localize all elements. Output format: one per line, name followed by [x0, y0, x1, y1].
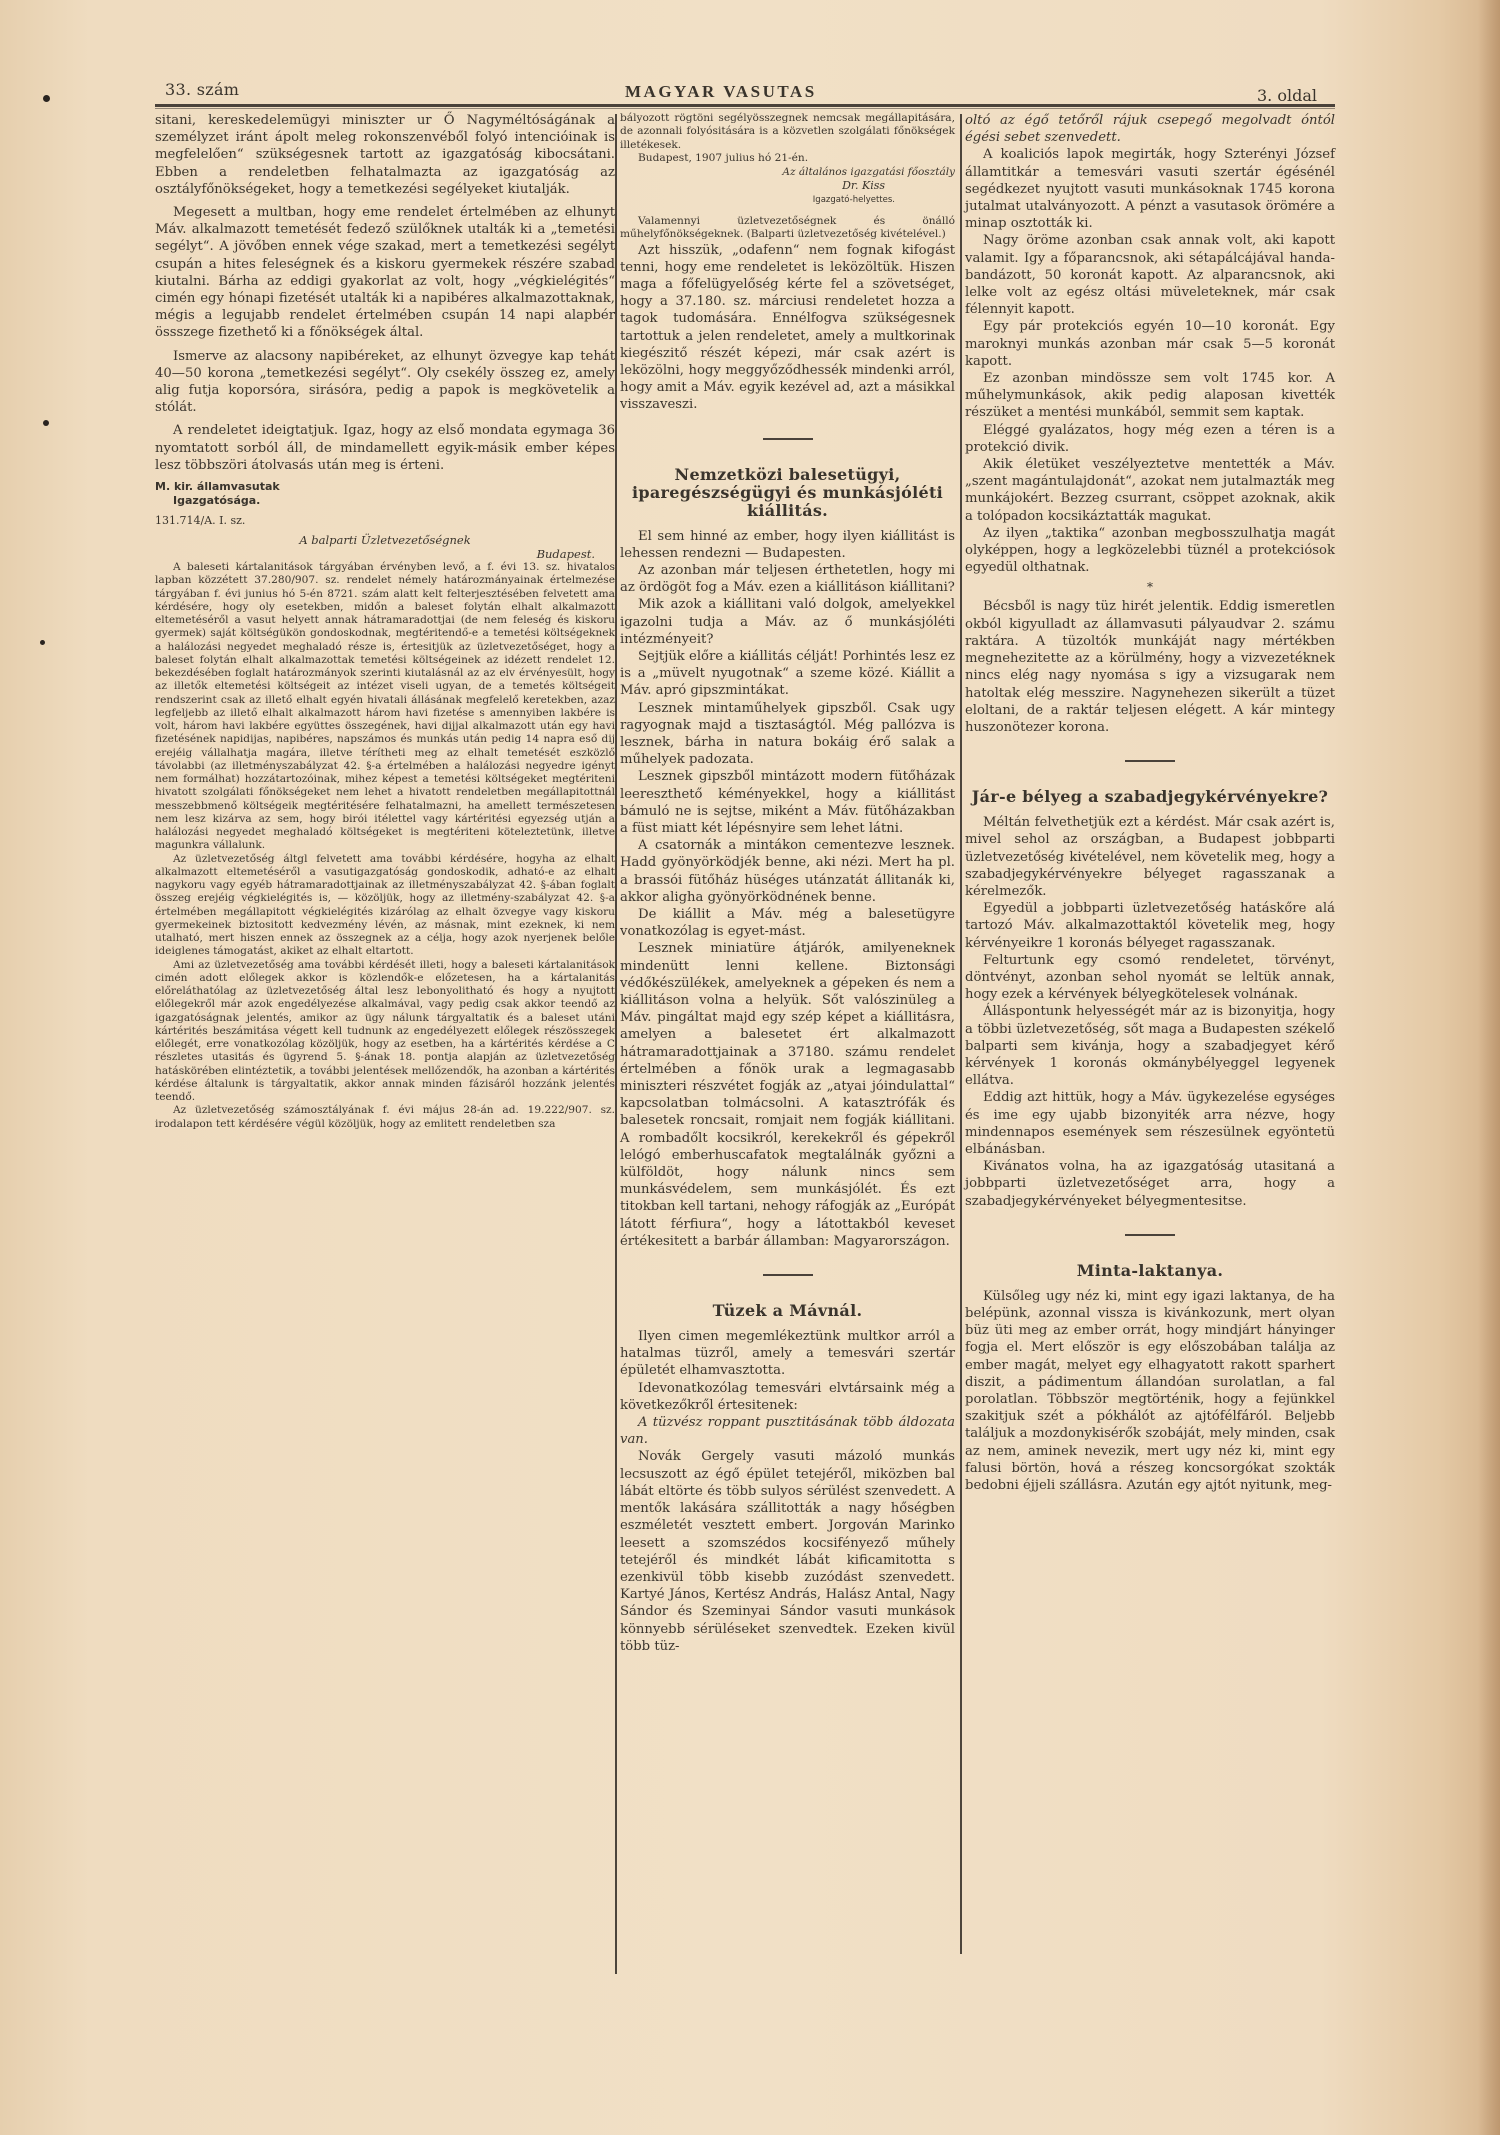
paragraph: Ami az üzletvezetőség ama további kérdés…: [155, 959, 615, 1105]
paragraph: Sejtjük előre a kiállitás célját! Porhin…: [620, 648, 955, 700]
paragraph: Megesett a multban, hogy eme rendelet ér…: [155, 204, 615, 342]
distribution-note-block: Valamennyi üzletvezetőségnek és önálló m…: [620, 215, 955, 242]
right-column: oltó az égő tetőről rájuk csepegő megolv…: [965, 112, 1335, 1494]
paragraph: Lesznek mintaműhelyek gipszből. Csak ugy…: [620, 700, 955, 769]
signature-block: Az általános igazgatási főosztály Dr. Ki…: [620, 165, 955, 207]
column-divider: [960, 114, 962, 1954]
paragraph: Az ilyen „taktika“ azonban megbosszulhat…: [965, 525, 1335, 577]
paragraph: A csatornák a mintákon cementezve leszne…: [620, 837, 955, 906]
decree-continuation: bályozott rögtöni segélyösszegnek nemcsa…: [620, 112, 955, 165]
paragraph: A koaliciós lapok megirták, hogy Szterén…: [965, 146, 1335, 232]
paragraph: Az üzletvezetőség áltgl felvetett ama to…: [155, 853, 615, 959]
paragraph: oltó az égő tetőről rájuk csepegő megolv…: [965, 112, 1335, 146]
paragraph: Ismerve az alacsony napibéreket, az elhu…: [155, 348, 615, 417]
article-body: Külsőleg ugy néz ki, mint egy igazi lakt…: [965, 1288, 1335, 1494]
paragraph: Méltán felvethetjük ezt a kérdést. Már c…: [965, 814, 1335, 900]
paragraph: Kivánatos volna, ha az igazgatóság utasi…: [965, 1158, 1335, 1210]
page-fold-shadow: [1478, 0, 1500, 2135]
paragraph: De kiállit a Máv. még a balesetügyre von…: [620, 906, 955, 940]
paragraph: Az azonban már teljesen érthetetlen, hog…: [620, 562, 955, 596]
paragraph: sitani, kereskedelemügyi miniszter ur Ő …: [155, 112, 615, 198]
paragraph: Külsőleg ugy néz ki, mint egy igazi lakt…: [965, 1288, 1335, 1494]
date-line: Budapest, 1907 julius hó 21-én.: [620, 152, 955, 165]
paragraph: Egyedül a jobbparti üzletvezetőség hatás…: [965, 900, 1335, 952]
paragraph: Lesznek miniatüre átjárók, amilyeneknek …: [620, 940, 955, 1250]
paragraph: Álláspontunk helyességét már az is bizon…: [965, 1003, 1335, 1089]
article-body: Méltán felvethetjük ezt a kérdést. Már c…: [965, 814, 1335, 1210]
section-divider: [1125, 760, 1175, 762]
paragraph: Eléggé gyalázatos, hogy még ezen a téren…: [965, 422, 1335, 456]
column-divider: [615, 114, 617, 1974]
paragraph: Idevonatkozólag temesvári elvtársaink mé…: [620, 1380, 955, 1414]
paragraph: bályozott rögtöni segélyösszegnek nemcsa…: [620, 112, 955, 152]
paragraph: Ilyen cimen megemlékeztünk multkor arról…: [620, 1328, 955, 1380]
separator-star: *: [965, 580, 1335, 594]
paragraph: Azt hisszük, „odafenn“ nem fognak kifogá…: [620, 242, 955, 414]
section-divider: [763, 438, 813, 440]
article-title: Nemzetközi balesetügyi, iparegészségügyi…: [620, 466, 955, 520]
issuing-authority: M. kir. államvasutak Igazgatósága.: [155, 480, 615, 508]
editorial-comment: Azt hisszük, „odafenn“ nem fognak kifogá…: [620, 242, 955, 414]
news-item: Bécsből is nagy tüz hirét jelentik. Eddi…: [965, 598, 1335, 736]
article-title: Tüzek a Mávnál.: [620, 1302, 955, 1320]
signature-role: Igazgató-helyettes.: [620, 193, 955, 207]
authority-line-1: M. kir. államvasutak: [155, 480, 280, 493]
paragraph: Felturtunk egy csomó rendeletet, törvény…: [965, 952, 1335, 1004]
paragraph: Novák Gergely vasuti mázoló munkás lecsu…: [620, 1448, 955, 1654]
ink-spot: [40, 640, 45, 645]
paragraph: A rendeletet ideigtatjuk. Igaz, hogy az …: [155, 422, 615, 474]
newspaper-page: 33. szám MAGYAR VASUTAS 3. oldal sitani,…: [155, 80, 1335, 106]
paragraph: Eddig azt hittük, hogy a Máv. ügykezelés…: [965, 1089, 1335, 1158]
issue-number: 33. szám: [165, 80, 239, 99]
masthead: 33. szám MAGYAR VASUTAS 3. oldal: [155, 80, 1335, 106]
article-title: Minta-laktanya.: [965, 1262, 1335, 1280]
signature-name: Dr. Kiss: [620, 179, 955, 193]
decree-text: A baleseti kártalanitások tárgyában érvé…: [155, 561, 615, 1131]
publication-title: MAGYAR VASUTAS: [625, 82, 817, 102]
paragraph: Akik életüket veszélyeztetve mentették a…: [965, 456, 1335, 525]
page-number: 3. oldal: [1257, 86, 1317, 105]
article-body: El sem hinné az ember, hogy ilyen kiálli…: [620, 528, 955, 1251]
ink-spot: [43, 420, 49, 426]
addressee-city: Budapest.: [155, 547, 615, 561]
section-divider: [1125, 1234, 1175, 1236]
distribution-note: Valamennyi üzletvezetőségnek és önálló m…: [620, 215, 955, 242]
paragraph: Nagy öröme azonban csak annak volt, aki …: [965, 232, 1335, 318]
paragraph: Lesznek gipszből mintázott modern fütőhá…: [620, 768, 955, 837]
middle-column: bályozott rögtöni segélyösszegnek nemcsa…: [620, 112, 955, 1655]
article-title: Jár-e bélyeg a szabadjegykérvényekre?: [965, 788, 1335, 806]
ink-spot: [43, 95, 50, 102]
columns: sitani, kereskedelemügyi miniszter ur Ő …: [155, 112, 1335, 2012]
article-continuation: oltó az égő tetőről rájuk csepegő megolv…: [965, 112, 1335, 576]
section-divider: [763, 1274, 813, 1276]
authority-line-2: Igazgatósága.: [155, 494, 615, 508]
paragraph: El sem hinné az ember, hogy ilyen kiálli…: [620, 528, 955, 562]
paragraph: Az üzletvezetőség számosztályának f. évi…: [155, 1104, 615, 1131]
article-continuation: sitani, kereskedelemügyi miniszter ur Ő …: [155, 112, 615, 474]
header-rule-thin: [155, 108, 1335, 109]
header-rule: [155, 104, 1335, 107]
paragraph: A baleseti kártalanitások tárgyában érvé…: [155, 561, 615, 853]
signature-office: Az általános igazgatási főosztály: [782, 166, 955, 178]
paragraph: Egy pár protekciós egyén 10—10 koronát. …: [965, 318, 1335, 370]
paragraph: A tüzvész roppant pusztitásának több áld…: [620, 1414, 955, 1448]
addressee: A balparti Üzletvezetőségnek: [155, 533, 615, 547]
article-body: Ilyen cimen megemlékeztünk multkor arról…: [620, 1328, 955, 1655]
left-column: sitani, kereskedelemügyi miniszter ur Ő …: [155, 112, 615, 1131]
paragraph: Bécsből is nagy tüz hirét jelentik. Eddi…: [965, 598, 1335, 736]
paragraph: Ez azonban mindössze sem volt 1745 kor. …: [965, 370, 1335, 422]
reference-number: 131.714/A. I. sz.: [155, 514, 615, 527]
paragraph: Mik azok a kiállitani való dolgok, amely…: [620, 596, 955, 648]
